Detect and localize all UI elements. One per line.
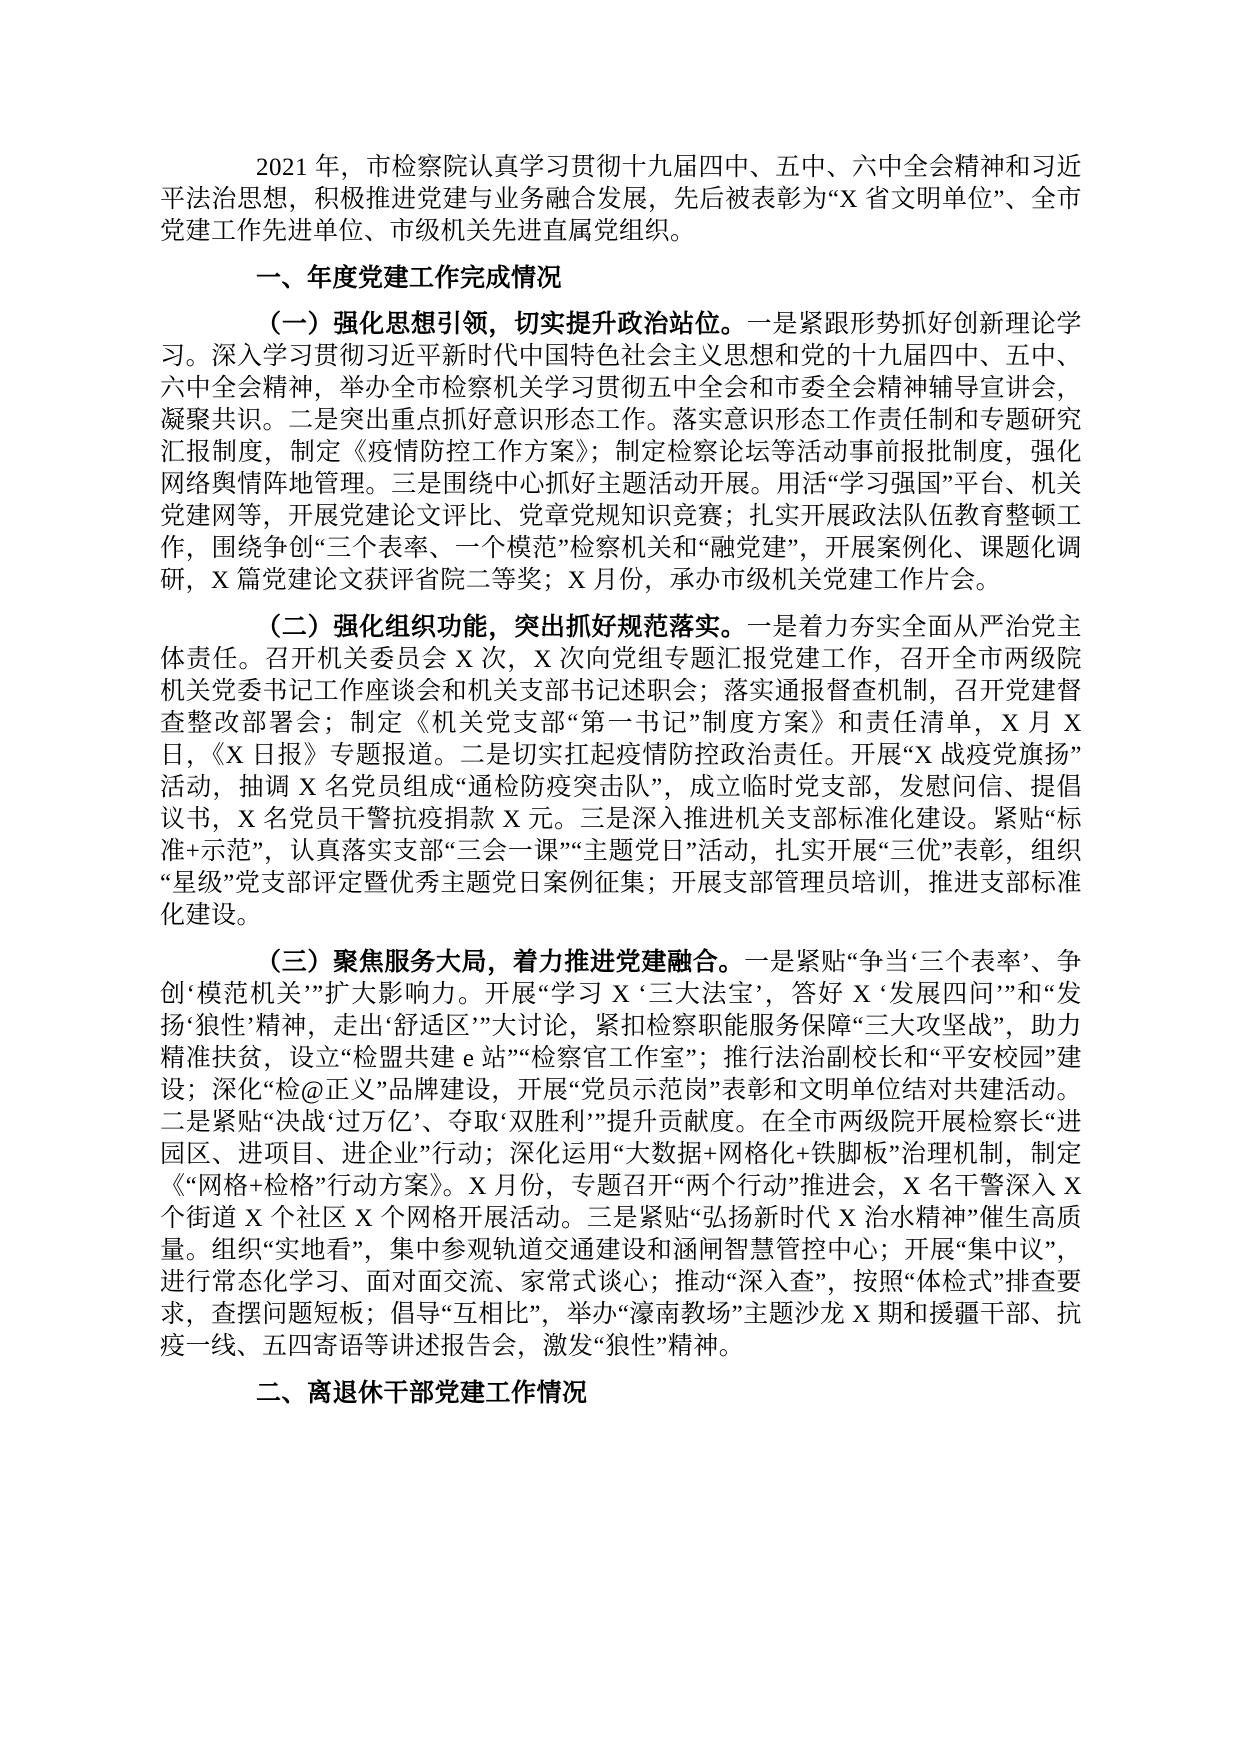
- document-content: 2021 年，市检察院认真学习贯彻十九届四中、五中、六中全会精神和习近平法治思想…: [160, 152, 1082, 1423]
- paragraph-2-body: 一是着力夯实全面从严治党主体责任。召开机关委员会 X 次，X 次向党组专题汇报党…: [160, 614, 1082, 929]
- paragraph-3-body: 一是紧贴“争当‘三个表率’、争创‘模范机关’”扩大影响力。开展“学习 X ‘三大…: [160, 949, 1082, 1360]
- intro-paragraph: 2021 年，市检察院认真学习贯彻十九届四中、五中、六中全会精神和习近平法治思想…: [160, 152, 1082, 248]
- document-page: 2021 年，市检察院认真学习贯彻十九届四中、五中、六中全会精神和习近平法治思想…: [0, 0, 1240, 1754]
- section-1-paragraph-1: （一）强化思想引领，切实提升政治站位。一是紧跟形势抓好创新理论学习。深入学习贯彻…: [160, 308, 1082, 597]
- section-2-heading: 二、离退休干部党建工作情况: [160, 1377, 1082, 1409]
- paragraph-3-lead: （三）聚焦服务大局，着力推进党建融合。: [256, 948, 744, 976]
- paragraph-1-lead: （一）强化思想引领，切实提升政治站位。: [256, 310, 747, 338]
- section-1-paragraph-3: （三）聚焦服务大局，着力推进党建融合。一是紧贴“争当‘三个表率’、争创‘模范机关…: [160, 946, 1082, 1363]
- intro-text: 2021 年，市检察院认真学习贯彻十九届四中、五中、六中全会精神和习近平法治思想…: [160, 154, 1082, 245]
- paragraph-1-body: 一是紧跟形势抓好创新理论学习。深入学习贯彻习近平新时代中国特色社会主义思想和党的…: [160, 311, 1082, 594]
- paragraph-2-lead: （二）强化组织功能，突出抓好规范落实。: [256, 613, 747, 641]
- section-1-paragraph-2: （二）强化组织功能，突出抓好规范落实。一是着力夯实全面从严治党主体责任。召开机关…: [160, 611, 1082, 932]
- section-1-heading: 一、年度党建工作完成情况: [160, 262, 1082, 294]
